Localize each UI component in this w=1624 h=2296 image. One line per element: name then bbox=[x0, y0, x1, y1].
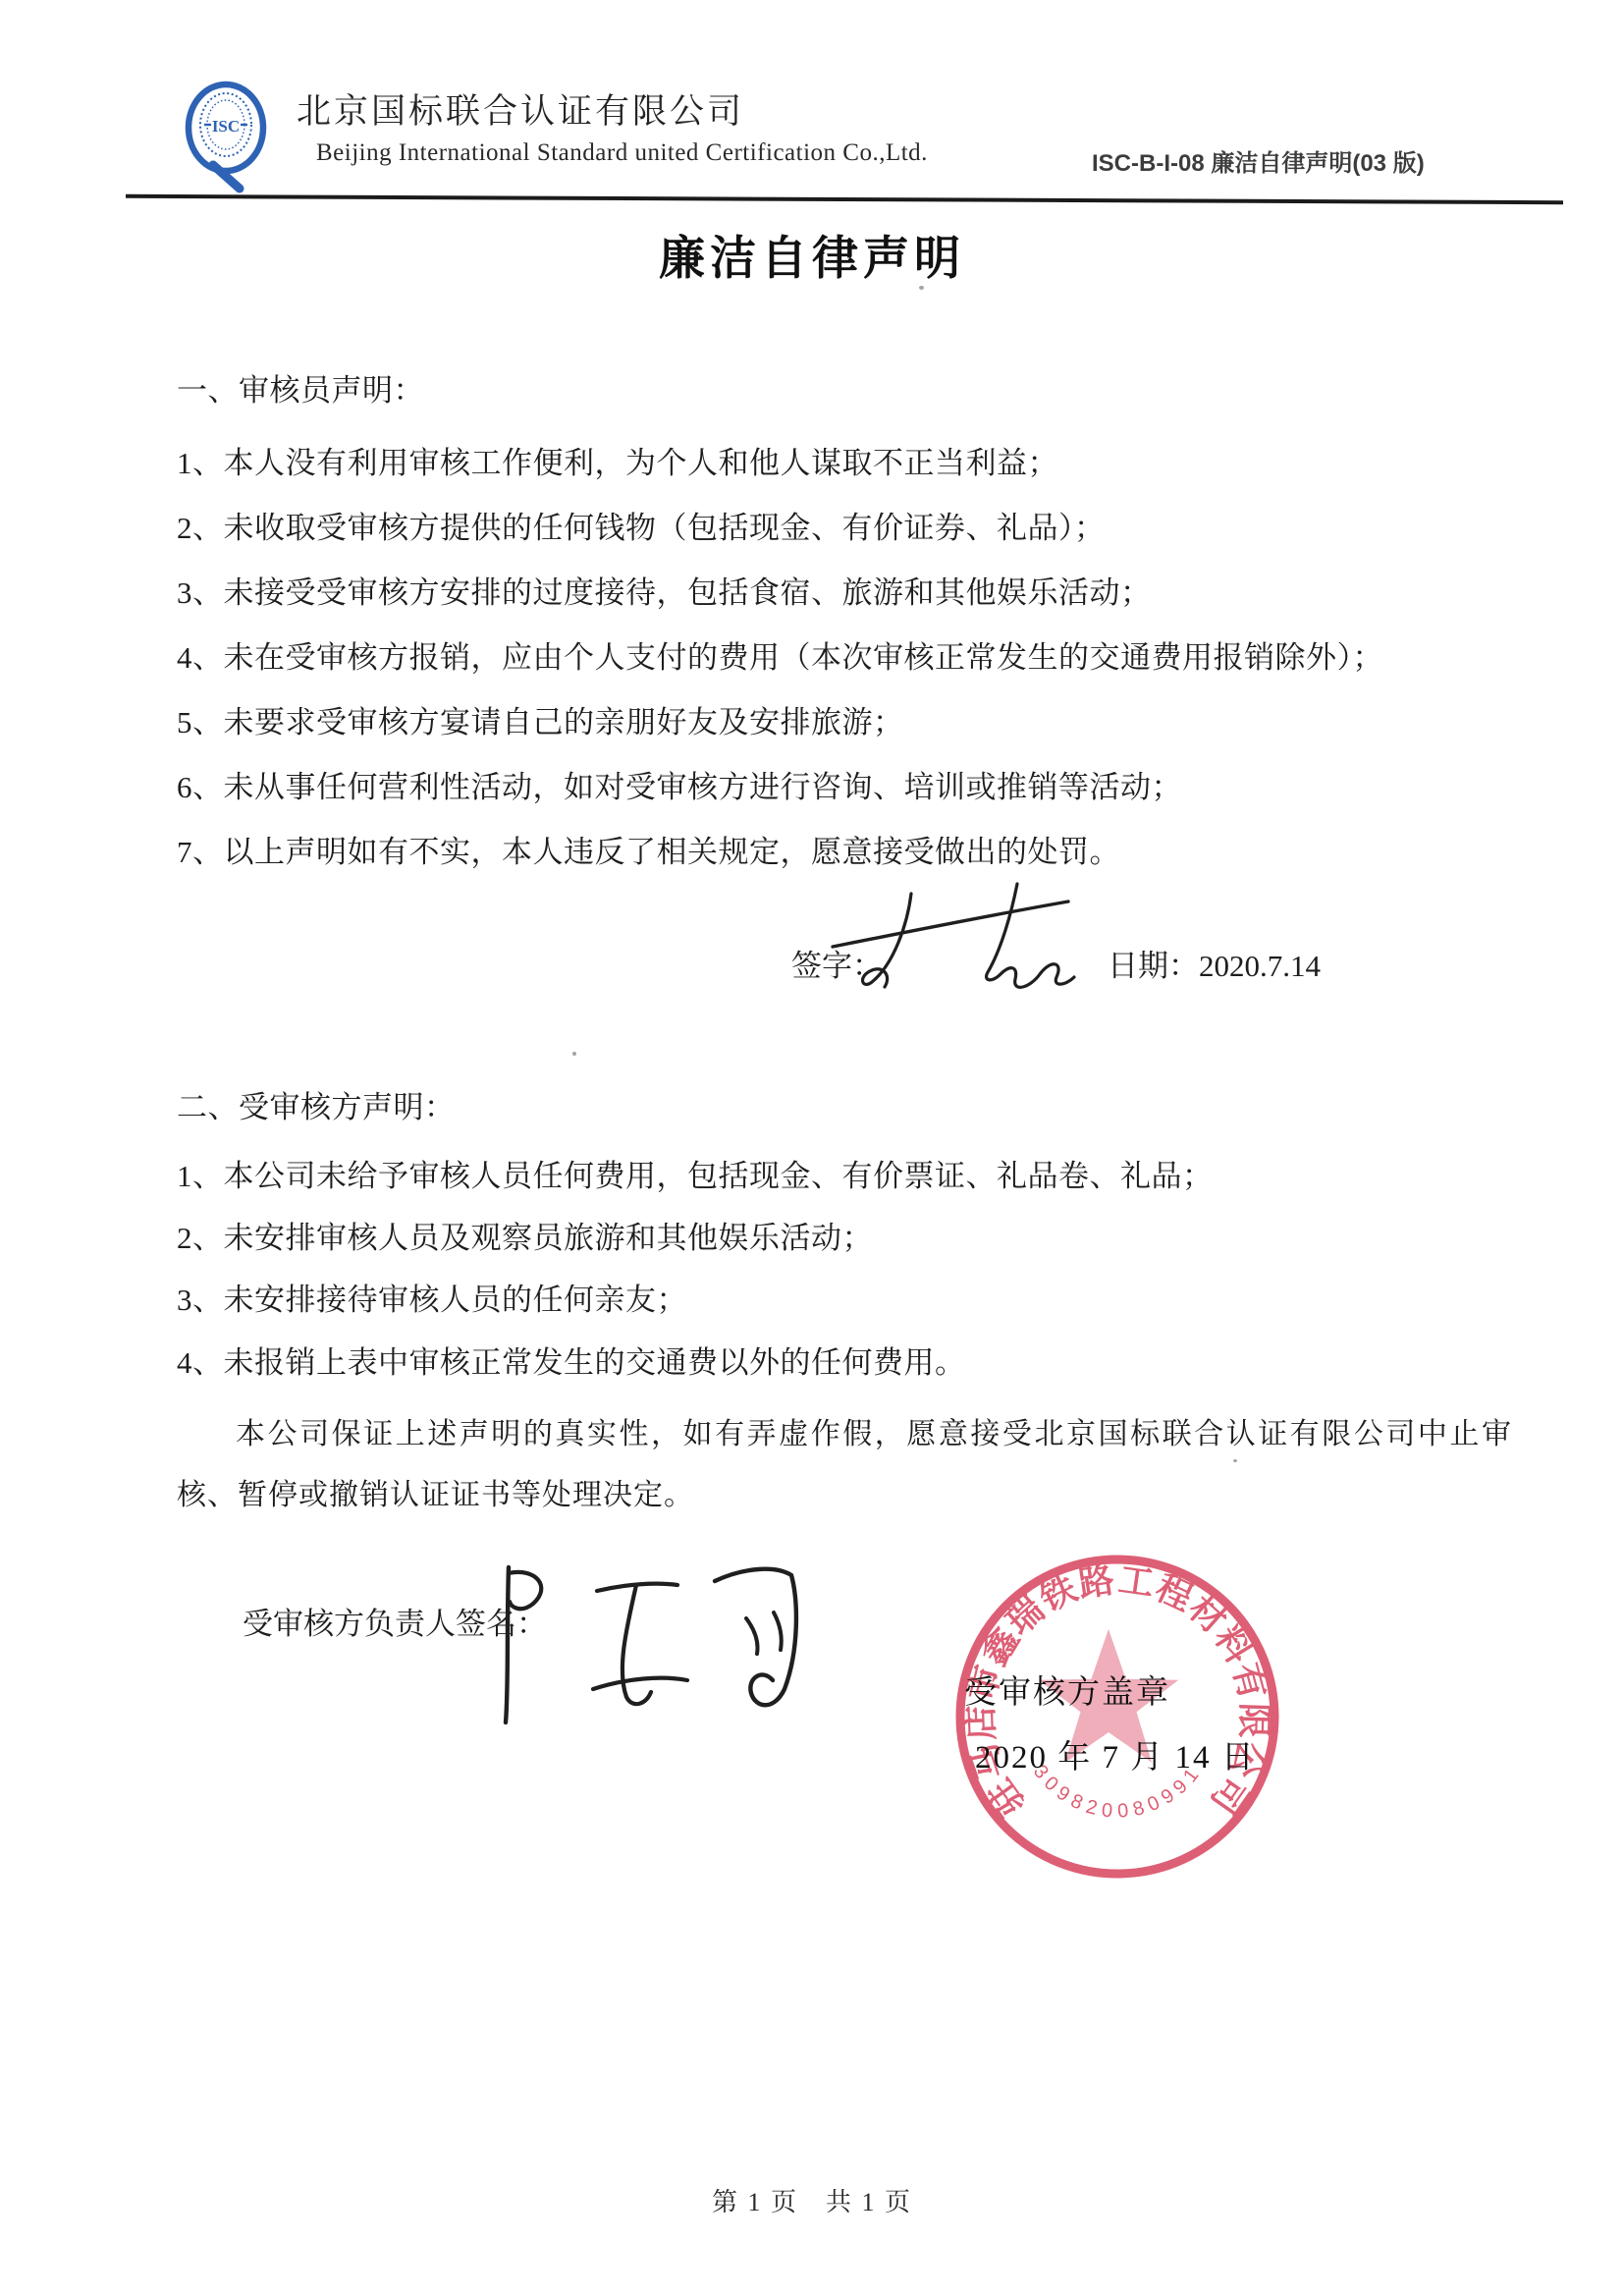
company-name-en: Beijing International Standard united Ce… bbox=[316, 139, 928, 167]
section1-item: 3、未接受受审核方安排的过度接待，包括食宿、旅游和其他娱乐活动； bbox=[177, 568, 1152, 612]
logo-text: ISC bbox=[212, 117, 240, 136]
stamp-overlay-label: 受审核方盖章 bbox=[964, 1667, 1170, 1713]
document-page: ISC 北京国标联合认证有限公司 Beijing International S… bbox=[0, 0, 1624, 2296]
section2-item: 4、未报销上表中审核正常发生的交通费以外的任何费用。 bbox=[177, 1338, 966, 1382]
header-divider bbox=[126, 194, 1563, 204]
section1-item: 1、本人没有利用审核工作便利，为个人和他人谋取不正当利益； bbox=[177, 438, 1058, 482]
section1-heading: 一、审核员声明： bbox=[177, 365, 424, 410]
company-seal-stamp: 驻马店市鑫瑞铁路工程材料有限公司 309820080991 bbox=[945, 1548, 1290, 1893]
scan-speck bbox=[572, 1052, 576, 1056]
document-code: ISC-B-I-08 廉洁自律声明(03 版) bbox=[1092, 143, 1425, 178]
scan-speck bbox=[919, 286, 924, 290]
section2-item: 1、本公司未给予审核人员任何费用，包括现金、有价票证、礼品卷、礼品； bbox=[177, 1151, 1214, 1195]
scan-speck bbox=[1233, 1459, 1237, 1462]
section2-item: 2、未安排审核人员及观察员旅游和其他娱乐活动； bbox=[177, 1213, 873, 1257]
page-title: 廉洁自律声明 bbox=[0, 222, 1624, 288]
section1-item: 4、未在受审核方报销，应由个人支付的费用（本次审核正常发生的交通费用报销除外）； bbox=[177, 632, 1383, 677]
auditee-handwritten-signature bbox=[479, 1540, 813, 1746]
section1-item: 2、未收取受审核方提供的任何钱物（包括现金、有价证券、礼品）； bbox=[177, 503, 1106, 547]
section1-item: 5、未要求受审核方宴请自己的亲朋好友及安排旅游； bbox=[177, 697, 904, 741]
section2-closing-paragraph: 本公司保证上述声明的真实性，如有弄虚作假，愿意接受北京国标联合认证有限公司中止审… bbox=[177, 1404, 1512, 1526]
page-number: 第 1 页 共 1 页 bbox=[0, 2182, 1624, 2218]
company-name-cn: 北京国标联合认证有限公司 bbox=[297, 84, 744, 134]
section1-item: 6、未从事任何营利性活动，如对受审核方进行咨询、培训或推销等活动； bbox=[177, 762, 1182, 806]
auditor-handwritten-signature bbox=[823, 856, 1117, 1023]
section2-item: 3、未安排接待审核人员的任何亲友； bbox=[177, 1275, 687, 1319]
stamp-overlay-date: 2020 年 7 月 14 日 bbox=[975, 1731, 1256, 1777]
isc-logo-icon: ISC bbox=[181, 81, 273, 194]
auditor-date: 日期：2020.7.14 bbox=[1108, 941, 1321, 985]
section2-heading: 二、受审核方声明： bbox=[177, 1082, 456, 1126]
